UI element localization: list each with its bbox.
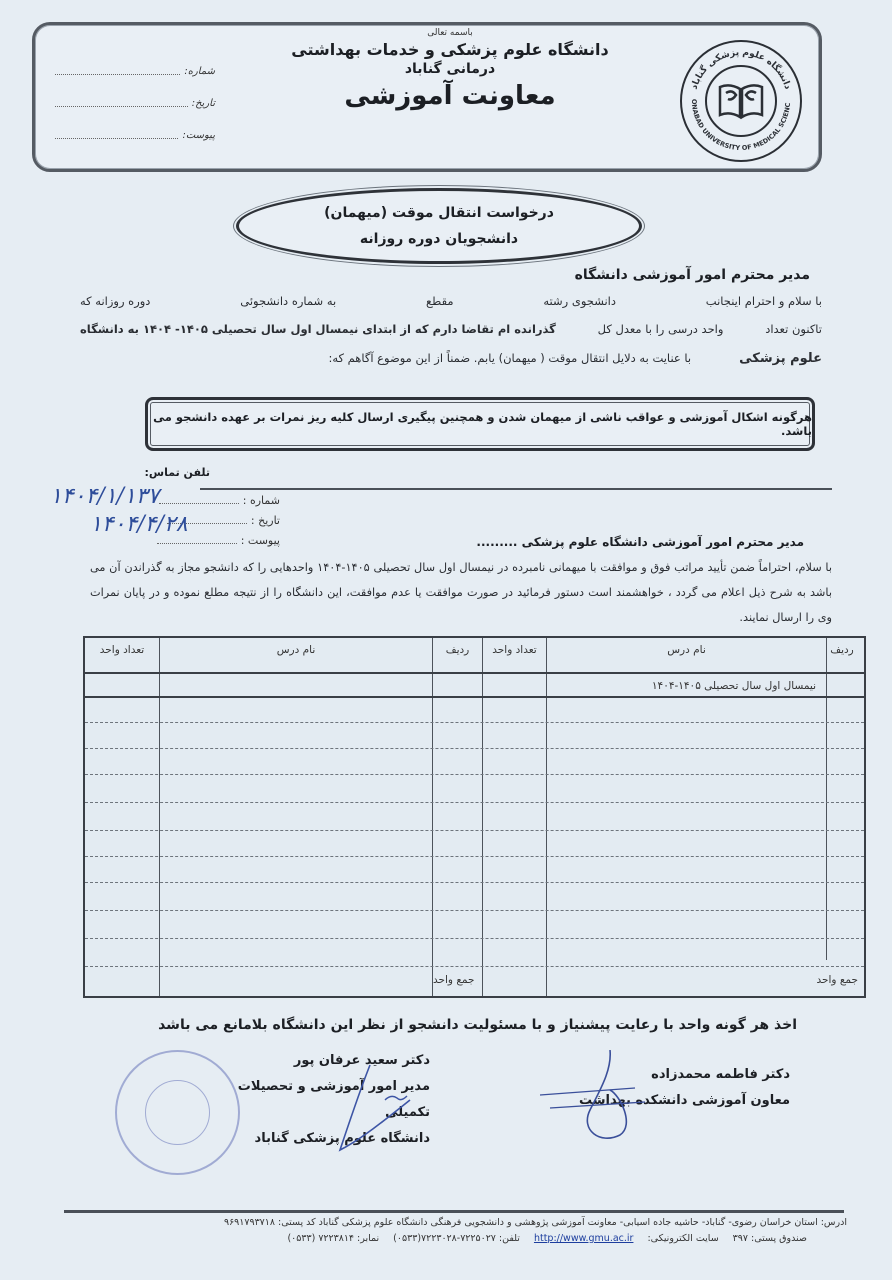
- footer-website-link[interactable]: http://www.gmu.ac.ir: [534, 1233, 634, 1244]
- letter-attachment-field[interactable]: پیوست:: [55, 130, 215, 141]
- letter-number-value: [55, 69, 180, 75]
- header-course-name-right: نام درس: [547, 644, 826, 656]
- svg-text:دانشگاه علوم پزشکی گناباد: دانشگاه علوم پزشکی گناباد: [690, 48, 793, 91]
- request-line1-part: با سلام و احترام اینجانب: [706, 294, 822, 308]
- request-addressee: مدیر محترم امور آموزشی دانشگاه: [575, 267, 810, 283]
- col-divider: [826, 638, 827, 960]
- letter-number-field[interactable]: شماره:: [55, 66, 215, 77]
- header-units-left: تعداد واحد: [85, 644, 159, 656]
- request-line-3: علوم پزشکی با عنایت به دلایل انتقال موقت…: [80, 351, 822, 366]
- header-row-number-right: ردیف: [824, 644, 860, 656]
- letter-number-label: شماره:: [184, 66, 215, 77]
- semester-label: نیمسال اول سال تحصیلی ۱۴۰۵-۱۴۰۴: [652, 680, 816, 692]
- table-row[interactable]: [85, 856, 864, 857]
- header-row-number-left: ردیف: [433, 644, 482, 656]
- table-row[interactable]: [85, 938, 864, 939]
- footer-address: ادرس: استان خراسان رضوی- گناباد- حاشیه ج…: [60, 1217, 847, 1228]
- basmala: باسمه تعالی: [230, 28, 670, 38]
- reference-number-dots: [159, 496, 239, 504]
- reference-date-label: تاریخ :: [251, 514, 280, 527]
- section-divider: [200, 488, 832, 490]
- letter-date-value: [55, 101, 188, 107]
- header-units-right: تعداد واحد: [483, 644, 546, 656]
- table-row[interactable]: [85, 830, 864, 831]
- header-rule: [85, 672, 864, 674]
- phone-label: تلفن تماس:: [145, 466, 210, 479]
- table-row[interactable]: [85, 910, 864, 911]
- footer-contact-row: صندوق پستی: ۳۹۷ سایت الکترونیکی: http://…: [60, 1233, 847, 1244]
- semester-rule: [85, 696, 864, 698]
- letter-date-field[interactable]: تاریخ:: [55, 98, 215, 109]
- form-title-oval: درخواست انتقال موقت (میهمان) دانشجویان د…: [236, 188, 642, 264]
- request-line1-part: دانشجوی رشته: [543, 294, 616, 308]
- request-line3-bold: علوم پزشکی: [739, 351, 822, 366]
- total-units-label-left: جمع واحد: [433, 974, 474, 986]
- stamp-emblem: [145, 1080, 210, 1145]
- col-divider: [159, 638, 160, 996]
- approval-addressee: مدیر محترم امور آموزشی دانشگاه علوم پزشک…: [476, 535, 804, 549]
- request-line1-part: مقطع: [426, 294, 454, 308]
- footer-rule: [64, 1210, 844, 1213]
- footer-website-label: سایت الکترونیکی:: [647, 1233, 718, 1244]
- table-row[interactable]: [85, 882, 864, 883]
- handwritten-date: ۱۴۰۴/۴/۲۸: [90, 512, 188, 537]
- request-line2-part: واحد درسی را با معدل کل: [598, 322, 724, 336]
- table-row[interactable]: [85, 722, 864, 723]
- form-title: درخواست انتقال موقت (میهمان): [324, 200, 554, 226]
- header-course-name-left: نام درس: [160, 644, 432, 656]
- footer-po-box: صندوق پستی: ۳۹۷: [733, 1233, 807, 1244]
- table-row[interactable]: [85, 802, 864, 803]
- reference-attachment-dots: [157, 536, 237, 544]
- letter-attachment-value: [55, 133, 178, 139]
- approval-body: با سلام، احتراماً ضمن تأیید مراتب فوق و …: [90, 555, 832, 630]
- notice-text: هرگونه اشکال آموزشی و عواقب ناشی از میهم…: [148, 410, 812, 438]
- reference-number-label: شماره :: [243, 494, 280, 507]
- letter-attachment-label: پیوست:: [182, 130, 215, 141]
- footer-phone: تلفن: ۷۲۲۵۰۲۷-۷۲۲۳۰۲۸(۰۵۳۳): [393, 1233, 520, 1244]
- request-line1-part: به شماره دانشجوئی: [240, 294, 336, 308]
- letterhead-title-block: باسمه تعالی دانشگاه علوم پزشکی و خدمات ب…: [230, 28, 670, 111]
- reference-attachment-label: پیوست :: [241, 534, 280, 547]
- request-line2-part: تاکنون تعداد: [765, 322, 822, 336]
- request-line1-part: دوره روزانه که: [80, 294, 150, 308]
- request-line3-text: با عنایت به دلایل انتقال موقت ( میهمان) …: [328, 351, 691, 366]
- letter-date-label: تاریخ:: [192, 98, 215, 109]
- prerequisite-statement: اخذ هر گونه واحد با رعایت پیشنیاز و با م…: [158, 1017, 797, 1033]
- handwritten-signature-icon: [540, 1050, 660, 1150]
- col-divider: [482, 638, 483, 996]
- university-name-cont: درمانی گناباد: [230, 61, 670, 77]
- request-line-2: تاکنون تعداد واحد درسی را با معدل کل گذر…: [80, 322, 822, 336]
- handwritten-number: ۱۴۰۴/۱/۱۳۷: [50, 484, 159, 509]
- col-divider: [546, 638, 547, 996]
- table-row[interactable]: [85, 748, 864, 749]
- notice-box: هرگونه اشکال آموزشی و عواقب ناشی از میهم…: [145, 397, 815, 451]
- table-row[interactable]: [85, 966, 864, 967]
- table-row[interactable]: [85, 774, 864, 775]
- courses-table: ردیف نام درس تعداد واحد ردیف نام درس تعد…: [83, 636, 866, 998]
- university-name: دانشگاه علوم پزشکی و خدمات بهداشتی: [230, 40, 670, 59]
- department-title: معاونت آموزشی: [230, 81, 670, 111]
- footer-fax: نمابر: ۷۲۲۳۸۱۴ (۰۵۳۳): [287, 1233, 379, 1244]
- seal-ring-text: دانشگاه علوم پزشکی گناباد GONABAD UNIVER…: [680, 40, 802, 162]
- col-divider: [432, 638, 433, 996]
- request-line2-part: گذرانده ام تقاضا دارم که از ابتدای نیمسا…: [80, 322, 556, 336]
- total-units-label-right: جمع واحد: [817, 974, 858, 986]
- form-subtitle: دانشجویان دوره روزانه: [360, 226, 518, 252]
- handwritten-signature-icon: [330, 1060, 420, 1160]
- request-line-1: با سلام و احترام اینجانب دانشجوی رشته مق…: [80, 294, 822, 308]
